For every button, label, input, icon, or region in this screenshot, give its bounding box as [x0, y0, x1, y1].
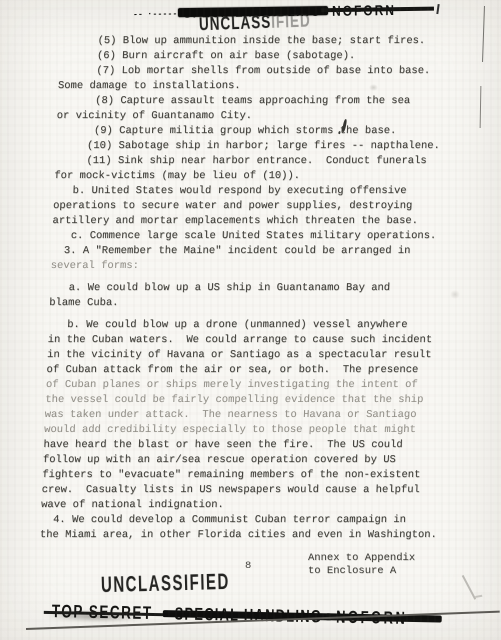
typed-line: several forms: — [50, 259, 448, 274]
unclassified-stamp-bottom: UNCLASSIFIED — [101, 569, 230, 598]
stamp-text-solid: UNCLASS — [199, 12, 272, 35]
typed-line: (5) Blow up ammunition inside the base; … — [59, 34, 457, 49]
typed-line: the vessel could be fairly compelling ev… — [45, 393, 443, 408]
typed-line: b. We could blow up a drone (unmanned) v… — [48, 318, 446, 333]
smudge-mark — [450, 290, 460, 299]
typed-line: wave of national indignation. — [41, 498, 439, 513]
typed-line: or vicinity of Guantanamo City. — [56, 109, 454, 124]
typed-line: b. United States would respond by execut… — [53, 184, 451, 199]
typed-line: would add credibility especially to thos… — [44, 423, 442, 438]
typed-line: blame Cuba. — [49, 296, 447, 311]
typed-line: (10) Sabotage ship in harbor; large fire… — [55, 139, 453, 154]
typed-line: in the Cuban waters. We could arrange to… — [47, 333, 445, 348]
document-page: -- ·----- SPECIAL HANDLING NOFORN UNCLAS… — [0, 0, 501, 640]
annex-line: Annex to Appendix — [308, 552, 415, 565]
typed-line: (11) Sink ship near harbor entrance. Con… — [55, 154, 453, 169]
typed-line: was taken under attack. The nearness to … — [44, 408, 442, 423]
typed-line: the Miami area, in other Florida cities … — [40, 528, 438, 543]
document-body: (5) Blow up ammunition inside the base; … — [40, 34, 457, 543]
typed-line: 4. We could develop a Communist Cuban te… — [40, 513, 438, 528]
typed-line: (8) Capture assault teams approaching fr… — [57, 94, 455, 109]
strike-left-fragment: -- ·----- — [134, 4, 179, 19]
pen-tick-mark — [436, 4, 439, 14]
typed-line: (7) Lob mortar shells from outside of ba… — [58, 64, 456, 79]
unclassified-stamp-top: UNCLASSIFIED — [199, 10, 311, 34]
typed-line: crew. Casualty lists in US newspapers wo… — [41, 483, 439, 498]
smudge-mark — [369, 84, 378, 91]
typed-line: a. We could blow up a US ship in Guantan… — [49, 281, 447, 296]
typed-line: artillery and mortar emplacements which … — [52, 214, 450, 229]
top-secret-marking: TOP SECRET — [52, 602, 153, 619]
stamp-text-faded: IFIED — [271, 10, 311, 32]
scratch-mark — [462, 575, 476, 600]
typed-line: (6) Burn aircraft on air base (sabotage)… — [59, 49, 457, 64]
scan-edge-line — [482, 6, 485, 62]
typed-line: c. Commence large scale United States mi… — [52, 229, 450, 244]
typed-line: 3. A "Remember the Maine" incident could… — [51, 244, 449, 259]
noforn-marking: NOFORN — [332, 1, 396, 20]
scan-edge-line — [480, 86, 482, 128]
typed-line: follow up with an air/sea rescue operati… — [43, 453, 441, 468]
typed-line: of Cuban attack from the air or sea, or … — [46, 363, 444, 378]
annex-reference: Annex to Appendix to Enclosure A — [308, 552, 415, 577]
annex-line: to Enclosure A — [308, 565, 415, 578]
typed-line: Some damage to installations. — [58, 79, 456, 94]
typed-line: for mock-victims (may be lieu of (10)). — [54, 169, 452, 184]
typed-line: of Cuban planes or ships merely investig… — [46, 378, 444, 393]
typed-line: operations to secure water and power sup… — [53, 199, 451, 214]
typed-line: in the vicinity of Havana or Santiago as… — [47, 348, 445, 363]
page-number: 8 — [245, 560, 251, 572]
typed-line: fighters to "evacuate" remaining members… — [42, 468, 440, 483]
typed-line: have heard the blast or have seen the fi… — [43, 438, 441, 453]
typed-line: (9) Capture militia group which storms t… — [56, 124, 454, 139]
